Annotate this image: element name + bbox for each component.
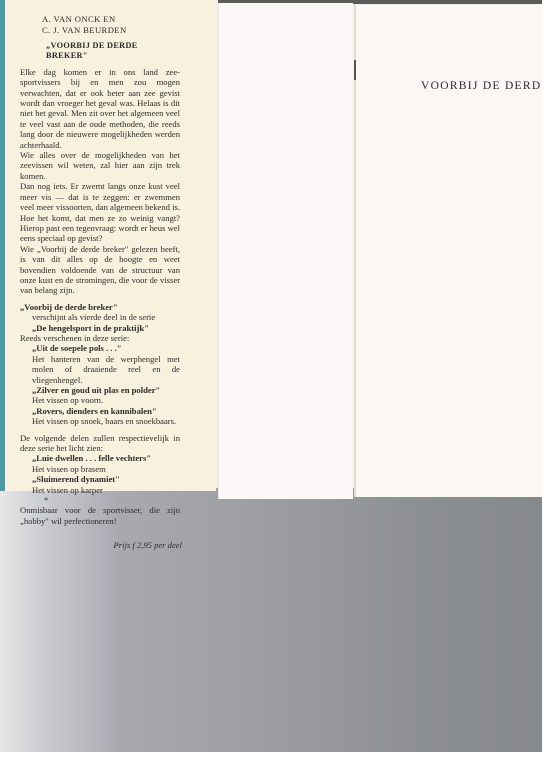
blurb-paragraph: Elke dag komen er in ons land zee-sportv… (20, 67, 180, 150)
published-desc: Het vissen op voorn. (32, 395, 180, 405)
upcoming-title: „Luie dwellen . . . felle vechters" (32, 453, 180, 463)
published-title: „Rovers, dienders en kannibalen" (32, 406, 180, 416)
blurb-paragraph: Wie alles over de mogelijkheden van het … (20, 150, 180, 181)
binding-staple (354, 60, 356, 80)
author-line-1: A. VAN ONCK EN (42, 14, 180, 25)
half-title: VOORBIJ DE DERDE (421, 80, 542, 92)
upcoming-desc: Het vissen op karper (32, 485, 180, 495)
published-heading: Reeds verschenen in deze serie: (20, 333, 180, 343)
blurb-paragraph: Wie „Voorbij de derde breker" gelezen he… (20, 244, 180, 296)
upcoming-title: „Sluimerend dynamiet" (32, 474, 180, 484)
series-name: „De hengelsport in de praktijk" (32, 323, 180, 333)
series-line: verschijnt als vierde deel in de serie (32, 312, 180, 322)
blank-page (218, 3, 353, 499)
series-book-title: „Voorbij de derde breker" (20, 302, 180, 312)
author-line-2: C. J. VAN BEURDEN (42, 25, 180, 36)
separator-star: * (44, 495, 180, 505)
flap-blurb: A. VAN ONCK EN C. J. VAN BEURDEN „VOORBI… (20, 14, 180, 551)
blurb-paragraph: Dan nog iets. Er zwemt langs onze kust v… (20, 181, 180, 243)
published-title: „Zilver en goud uit plas en polder" (32, 385, 180, 395)
closing-line: Onmisbaar voor de sportvisser, die zijn … (20, 505, 180, 526)
upcoming-desc: Het vissen op brasem (32, 464, 180, 474)
cover-edge-stripe (0, 0, 5, 491)
bottom-margin (0, 752, 542, 768)
upcoming-heading: De volgende delen zullen respectievelijk… (20, 433, 180, 454)
price-line: Prijs f 2,95 per deel (20, 540, 182, 550)
title-page (354, 5, 542, 497)
published-desc: Het hanteren van de werphengel met molen… (32, 354, 180, 385)
published-title: „Uit de soepele pols . . ." (32, 343, 180, 353)
published-desc: Het vissen op snoek, baars en snoekbaars… (32, 416, 180, 426)
book-title: „VOORBIJ DE DERDE BREKER" (46, 41, 180, 62)
